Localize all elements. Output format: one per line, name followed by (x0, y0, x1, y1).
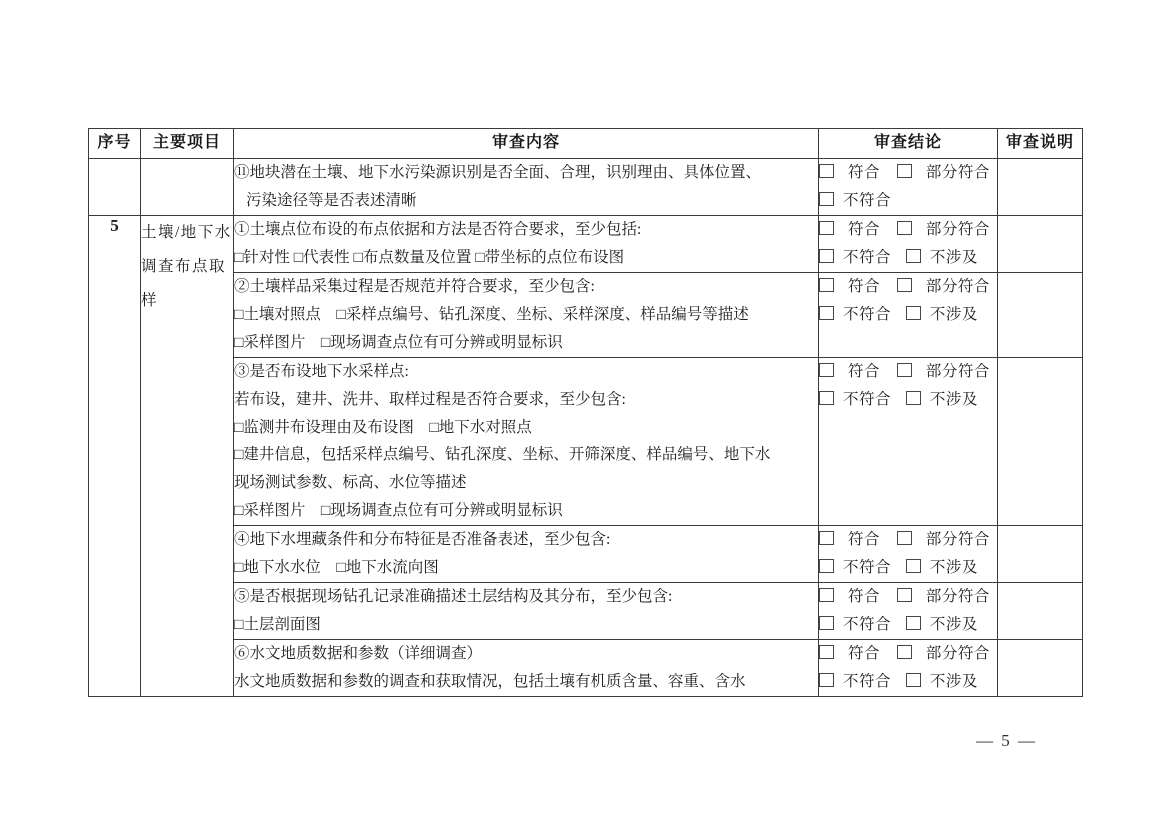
option-label: 不符合 (843, 306, 891, 323)
content-line: □采样图片 □现场调查点位有可分辨或明显标识 (234, 329, 818, 357)
header-conclusion: 审查结论 (819, 129, 998, 159)
conclusion-option[interactable]: 不涉及 (906, 391, 978, 408)
conclusion-cell: 符合 部分符合 不符合 不涉及 (819, 358, 998, 526)
content-line: □针对性 □代表性 □布点数量及位置 □带坐标的点位布设图 (234, 244, 818, 272)
option-label: 符合 (848, 164, 880, 181)
content-cell: ④地下水埋藏条件和分布特征是否准备表述，至少包含: □地下水水位 □地下水流向图 (234, 525, 819, 582)
option-label: 部分符合 (926, 531, 990, 548)
content-line: ⑪地块潜在土壤、地下水污染源识别是否全面、合理，识别理由、具体位置、 (234, 159, 818, 187)
option-label: 不符合 (843, 391, 891, 408)
table-row: 5 土壤/地下水 调查布点取 样 ①土壤点位布设的布点依据和方法是否符合要求，至… (89, 216, 1083, 273)
checkbox-icon[interactable] (819, 164, 834, 178)
conclusion-line: 符合 部分符合 (819, 640, 997, 668)
option-label: 不涉及 (930, 559, 978, 576)
note-cell (998, 159, 1083, 216)
conclusion-option[interactable]: 符合 (819, 278, 880, 295)
conclusion-option[interactable]: 部分符合 (897, 164, 990, 181)
document-page: 序号 主要项目 审查内容 审查结论 审查说明 ⑪地块潜在土壤、地下水污染源识别是… (0, 0, 1169, 826)
option-label: 符合 (848, 531, 880, 548)
conclusion-option[interactable]: 不符合 (819, 192, 891, 209)
option-label: 符合 (848, 363, 880, 380)
checkbox-icon[interactable] (906, 391, 921, 405)
content-line: ④地下水埋藏条件和分布特征是否准备表述，至少包含: (234, 526, 818, 554)
option-label: 符合 (848, 588, 880, 605)
content-line: □采样图片 □现场调查点位有可分辨或明显标识 (234, 497, 818, 525)
content-line: □监测井布设理由及布设图 □地下水对照点 (234, 414, 818, 442)
conclusion-line: 不符合 不涉及 (819, 554, 997, 582)
review-table: 序号 主要项目 审查内容 审查结论 审查说明 ⑪地块潜在土壤、地下水污染源识别是… (88, 128, 1083, 697)
option-label: 部分符合 (926, 645, 990, 662)
checkbox-icon[interactable] (819, 391, 834, 405)
note-cell (998, 358, 1083, 526)
conclusion-option[interactable]: 不符合 (819, 391, 891, 408)
conclusion-option[interactable]: 符合 (819, 221, 880, 238)
option-label: 不符合 (843, 616, 891, 633)
content-line: □土层剖面图 (234, 611, 818, 639)
checkbox-icon[interactable] (906, 306, 921, 320)
conclusion-cell: 符合 部分符合 不符合 不涉及 (819, 639, 998, 696)
conclusion-option[interactable]: 不涉及 (906, 306, 978, 323)
option-label: 不涉及 (930, 616, 978, 633)
checkbox-icon[interactable] (819, 363, 834, 377)
conclusion-option[interactable]: 部分符合 (897, 531, 990, 548)
checkbox-icon[interactable] (819, 278, 834, 292)
checkbox-icon[interactable] (819, 192, 834, 206)
checkbox-icon[interactable] (819, 559, 834, 573)
note-cell (998, 525, 1083, 582)
content-line: 污染途径等是否表述清晰 (234, 187, 818, 215)
checkbox-icon[interactable] (897, 588, 912, 602)
option-label: 不涉及 (930, 673, 978, 690)
header-seq: 序号 (89, 129, 141, 159)
option-label: 不涉及 (930, 391, 978, 408)
checkbox-icon[interactable] (897, 221, 912, 235)
seq-cell-empty (89, 159, 141, 216)
conclusion-option[interactable]: 部分符合 (897, 588, 990, 605)
conclusion-option[interactable]: 不涉及 (906, 559, 978, 576)
conclusion-option[interactable]: 符合 (819, 531, 880, 548)
content-line: 水文地质数据和参数的调查和获取情况，包括土壤有机质含量、容重、含水 (234, 668, 818, 696)
checkbox-icon[interactable] (819, 221, 834, 235)
conclusion-option[interactable]: 部分符合 (897, 221, 990, 238)
option-label: 部分符合 (926, 588, 990, 605)
content-line: □建井信息，包括采样点编号、钻孔深度、坐标、开筛深度、样品编号、地下水 (234, 441, 818, 469)
conclusion-option[interactable]: 符合 (819, 645, 880, 662)
content-line: ②土壤样品采集过程是否规范并符合要求，至少包含: (234, 273, 818, 301)
checkbox-icon[interactable] (906, 673, 921, 687)
checkbox-icon[interactable] (819, 645, 834, 659)
conclusion-option[interactable]: 部分符合 (897, 645, 990, 662)
content-line: ⑥水文地质数据和参数（详细调查） (234, 640, 818, 668)
checkbox-icon[interactable] (906, 559, 921, 573)
checkbox-icon[interactable] (819, 588, 834, 602)
conclusion-line: 符合 部分符合 (819, 583, 997, 611)
checkbox-icon[interactable] (897, 363, 912, 377)
checkbox-icon[interactable] (906, 249, 921, 263)
content-cell: ③是否布设地下水采样点: 若布设，建井、洗井、取样过程是否符合要求，至少包含: … (234, 358, 819, 526)
project-line: 调查布点取 (141, 250, 233, 284)
conclusion-option[interactable]: 符合 (819, 363, 880, 380)
table-row: ③是否布设地下水采样点: 若布设，建井、洗井、取样过程是否符合要求，至少包含: … (89, 358, 1083, 526)
conclusion-option[interactable]: 符合 (819, 164, 880, 181)
checkbox-icon[interactable] (819, 531, 834, 545)
option-label: 符合 (848, 221, 880, 238)
conclusion-option[interactable]: 不符合 (819, 616, 891, 633)
conclusion-option[interactable]: 不符合 (819, 249, 891, 266)
content-cell: ⑥水文地质数据和参数（详细调查） 水文地质数据和参数的调查和获取情况，包括土壤有… (234, 639, 819, 696)
page-number: — 5 — (976, 731, 1037, 751)
content-line: ①土壤点位布设的布点依据和方法是否符合要求，至少包括: (234, 216, 818, 244)
conclusion-line: 不符合 (819, 187, 997, 215)
conclusion-cell: 符合 部分符合 不符合 不涉及 (819, 273, 998, 358)
option-label: 不符合 (843, 559, 891, 576)
table-row: ⑤是否根据现场钻孔记录准确描述土层结构及其分布，至少包含: □土层剖面图 符合 … (89, 582, 1083, 639)
checkbox-icon[interactable] (906, 616, 921, 630)
conclusion-option[interactable]: 不涉及 (906, 616, 978, 633)
project-line: 样 (141, 284, 233, 318)
option-label: 不符合 (843, 192, 891, 209)
option-label: 部分符合 (926, 363, 990, 380)
note-cell (998, 216, 1083, 273)
project-line: 土壤/地下水 (141, 216, 233, 250)
content-line: ③是否布设地下水采样点: (234, 358, 818, 386)
checkbox-icon[interactable] (897, 645, 912, 659)
option-label: 部分符合 (926, 278, 990, 295)
option-label: 不符合 (843, 673, 891, 690)
checkbox-icon[interactable] (897, 164, 912, 178)
option-label: 部分符合 (926, 164, 990, 181)
checkbox-icon[interactable] (819, 249, 834, 263)
conclusion-option[interactable]: 不涉及 (906, 249, 978, 266)
conclusion-cell: 符合 部分符合 不符合 (819, 159, 998, 216)
table-row: ②土壤样品采集过程是否规范并符合要求，至少包含: □土壤对照点 □采样点编号、钻… (89, 273, 1083, 358)
conclusion-cell: 符合 部分符合 不符合 不涉及 (819, 525, 998, 582)
option-label: 符合 (848, 278, 880, 295)
option-label: 不符合 (843, 249, 891, 266)
conclusion-line: 符合 部分符合 (819, 216, 997, 244)
note-cell (998, 639, 1083, 696)
conclusion-option[interactable]: 部分符合 (897, 363, 990, 380)
conclusion-option[interactable]: 符合 (819, 588, 880, 605)
table-row: ④地下水埋藏条件和分布特征是否准备表述，至少包含: □地下水水位 □地下水流向图… (89, 525, 1083, 582)
content-line: ⑤是否根据现场钻孔记录准确描述土层结构及其分布，至少包含: (234, 583, 818, 611)
conclusion-option[interactable]: 部分符合 (897, 278, 990, 295)
project-cell: 土壤/地下水 调查布点取 样 (141, 216, 234, 697)
conclusion-line: 符合 部分符合 (819, 358, 997, 386)
conclusion-line: 符合 部分符合 (819, 526, 997, 554)
header-note: 审查说明 (998, 129, 1083, 159)
note-cell (998, 273, 1083, 358)
table-row: ⑥水文地质数据和参数（详细调查） 水文地质数据和参数的调查和获取情况，包括土壤有… (89, 639, 1083, 696)
header-project: 主要项目 (141, 129, 234, 159)
content-cell: ①土壤点位布设的布点依据和方法是否符合要求，至少包括: □针对性 □代表性 □布… (234, 216, 819, 273)
conclusion-option[interactable]: 不涉及 (906, 673, 978, 690)
option-label: 符合 (848, 645, 880, 662)
conclusion-line: 不符合 不涉及 (819, 244, 997, 272)
note-cell (998, 582, 1083, 639)
checkbox-icon[interactable] (897, 278, 912, 292)
conclusion-line: 符合 部分符合 (819, 273, 997, 301)
checkbox-icon[interactable] (819, 306, 834, 320)
table-row: ⑪地块潜在土壤、地下水污染源识别是否全面、合理，识别理由、具体位置、 污染途径等… (89, 159, 1083, 216)
content-line: 现场测试参数、标高、水位等描述 (234, 469, 818, 497)
conclusion-option[interactable]: 不符合 (819, 559, 891, 576)
seq-cell: 5 (89, 216, 141, 697)
checkbox-icon[interactable] (897, 531, 912, 545)
option-label: 不涉及 (930, 249, 978, 266)
conclusion-line: 不符合 不涉及 (819, 668, 997, 696)
content-line: □土壤对照点 □采样点编号、钻孔深度、坐标、采样深度、样品编号等描述 (234, 301, 818, 329)
checkbox-icon[interactable] (819, 673, 834, 687)
content-cell: ②土壤样品采集过程是否规范并符合要求，至少包含: □土壤对照点 □采样点编号、钻… (234, 273, 819, 358)
table-header-row: 序号 主要项目 审查内容 审查结论 审查说明 (89, 129, 1083, 159)
conclusion-cell: 符合 部分符合 不符合 不涉及 (819, 582, 998, 639)
content-line: □地下水水位 □地下水流向图 (234, 554, 818, 582)
header-content: 审查内容 (234, 129, 819, 159)
content-line: 若布设，建井、洗井、取样过程是否符合要求，至少包含: (234, 386, 818, 414)
conclusion-option[interactable]: 不符合 (819, 673, 891, 690)
conclusion-line: 不符合 不涉及 (819, 611, 997, 639)
checkbox-icon[interactable] (819, 616, 834, 630)
conclusion-line: 符合 部分符合 (819, 159, 997, 187)
content-cell: ⑤是否根据现场钻孔记录准确描述土层结构及其分布，至少包含: □土层剖面图 (234, 582, 819, 639)
project-cell-empty (141, 159, 234, 216)
conclusion-option[interactable]: 不符合 (819, 306, 891, 323)
option-label: 部分符合 (926, 221, 990, 238)
conclusion-line: 不符合 不涉及 (819, 301, 997, 329)
option-label: 不涉及 (930, 306, 978, 323)
conclusion-line: 不符合 不涉及 (819, 386, 997, 414)
content-cell: ⑪地块潜在土壤、地下水污染源识别是否全面、合理，识别理由、具体位置、 污染途径等… (234, 159, 819, 216)
conclusion-cell: 符合 部分符合 不符合 不涉及 (819, 216, 998, 273)
